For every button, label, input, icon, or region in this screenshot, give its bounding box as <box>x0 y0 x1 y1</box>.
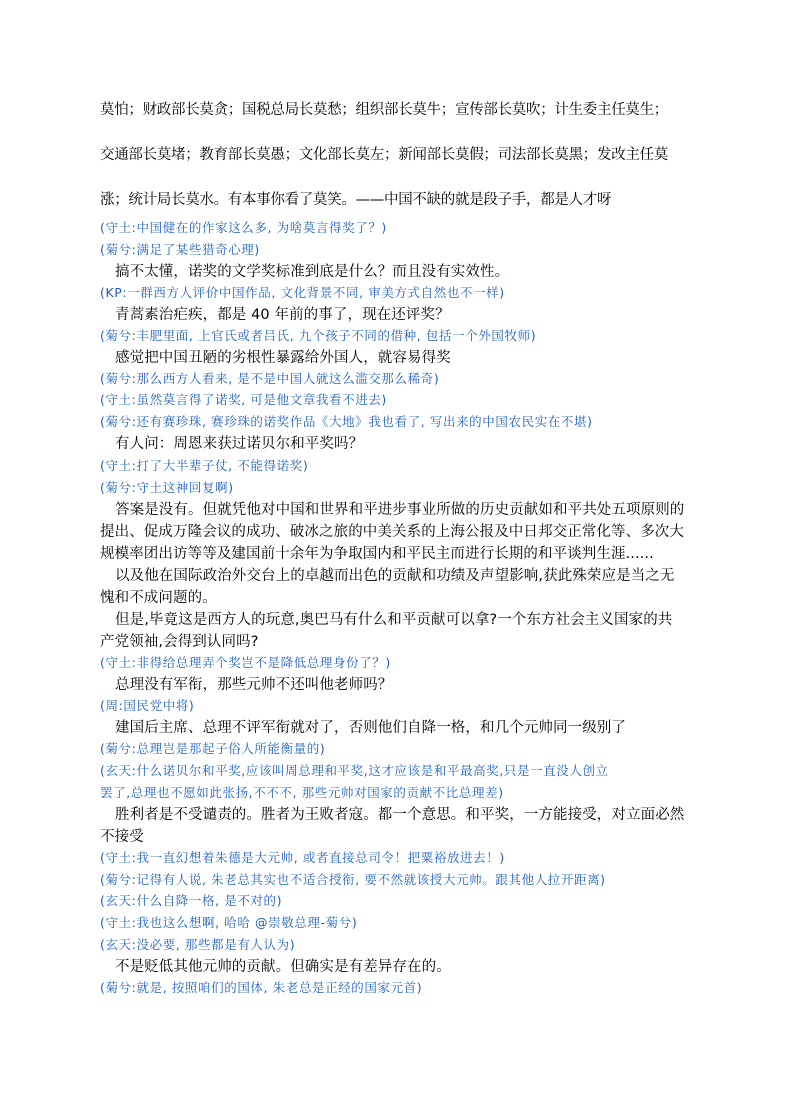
body-line: 以及他在国际政治外交台上的卓越而出色的贡献和功绩及声望影响,获此殊荣应是当之无 <box>100 564 675 585</box>
body-line: 愧和不成问题的。 <box>100 586 217 607</box>
intro-line: 涨；统计局长莫水。有本事你看了莫笑。——中国不缺的就是段子手，都是人才呀 <box>100 188 611 209</box>
comment-line: (菊兮:那么西方人看来, 是不是中国人就这么滥交那么稀奇) <box>100 369 439 387</box>
comment-line: (玄天:什么自降一格, 是不对的) <box>100 891 282 909</box>
comment-line: (菊兮:记得有人说, 朱老总其实也不适合授衔, 要不然就该授大元帅。跟其他人拉开… <box>100 870 606 888</box>
comment-line: (守土:中国健在的作家这么多, 为啥莫言得奖了？) <box>100 218 387 236</box>
body-line: 建国后主席、总理不评军衔就对了，否则他们自降一格，和几个元帅同一级别了 <box>100 716 626 737</box>
comment-line: 罢了,总理也不愿如此张扬,不不不, 那些元帅对国家的贡献不比总理差) <box>100 783 504 801</box>
comment-line: (玄天:没必要, 那些都是有人认为) <box>100 935 295 953</box>
body-line: 但是,毕竟这是西方人的玩意,奥巴马有什么和平贡献可以拿?一个东方社会主义国家的共 <box>100 608 672 629</box>
comment-line: (菊兮:满足了某些猎奇心理) <box>100 240 260 258</box>
comment-line: (守土:非得给总理弄个奖岂不是降低总理身份了？) <box>100 653 391 671</box>
comment-line: (KP:一群西方人评价中国作品, 文化背景不同, 审美方式自然也不一样) <box>100 283 505 301</box>
body-line: 产党领袖,会得到认同吗? <box>100 630 259 651</box>
comment-line: (守土:打了大半辈子仗, 不能得诺奖) <box>100 456 308 474</box>
body-line: 感觉把中国丑陋的劣根性暴露给外国人，就容易得奖 <box>100 346 451 367</box>
comment-line: (玄天:什么诺贝尔和平奖,应该叫周总理和平奖,这才应该是和平最高奖,只是一直没人… <box>100 761 609 779</box>
comment-line: (守土:我也这么想啊, 哈哈 @崇敬总理-菊兮) <box>100 913 357 931</box>
body-line: 胜利者是不受谴责的。胜者为王败者寇。都一个意思。和平奖，一方能接受，对立面必然 <box>100 803 684 824</box>
body-line: 有人问：周恩来获过诺贝尔和平奖吗？ <box>100 432 363 453</box>
body-line: 答案是没有。但就凭他对中国和世界和平进步事业所做的历史贡献如和平共处五项原则的 <box>100 498 684 519</box>
comment-line: (守土:我一直幻想着朱德是大元帅, 或者直接总司令！把粟裕放进去！) <box>100 848 505 866</box>
body-line: 搞不太懂，诺奖的文学奖标准到底是什么？而且没有实效性。 <box>100 260 509 281</box>
comment-line: (菊兮:总理岂是那起子俗人所能衡量的) <box>100 739 325 757</box>
intro-line: 莫怕；财政部长莫贪；国税总局长莫愁；组织部长莫牛；宣传部长莫吹；计生委主任莫生； <box>100 98 668 119</box>
body-line: 青蒿素治疟疾，都是 40 年前的事了，现在还评奖？ <box>100 303 450 324</box>
comment-line: (菊兮:就是, 按照咱们的国体, 朱老总是正经的国家元首) <box>100 978 422 996</box>
body-line: 不接受 <box>100 825 144 846</box>
comment-line: (周:国民党中将) <box>100 696 194 714</box>
comment-line: (菊兮:守土这神回复啊) <box>100 478 234 496</box>
comment-line: (菊兮:还有赛珍珠, 赛珍珠的诺奖作品《大地》我也看了, 写出来的中国农民实在不… <box>100 412 593 430</box>
comment-line: (菊兮:丰肥里面, 上官氏或者吕氏, 九个孩子不同的借种, 包括一个外国牧师) <box>100 326 536 344</box>
body-line: 规模率团出访等等及建国前十余年为争取国内和平民主而进行长期的和平谈判生涯....… <box>100 542 654 563</box>
intro-line: 交通部长莫堵；教育部长莫愚；文化部长莫左；新闻部长莫假；司法部长莫黑；发改主任莫 <box>100 143 668 164</box>
body-line: 总理没有军衔，那些元帅不还叫他老师吗？ <box>100 673 392 694</box>
body-line: 不是贬低其他元帅的贡献。但确实是有差异存在的。 <box>100 955 451 976</box>
comment-line: (守土:虽然莫言得了诺奖, 可是他文章我看不进去) <box>100 390 387 408</box>
body-line: 提出、促成万隆会议的成功、破冰之旅的中美关系的上海公报及中日邦交正常化等、多次大 <box>100 520 684 541</box>
